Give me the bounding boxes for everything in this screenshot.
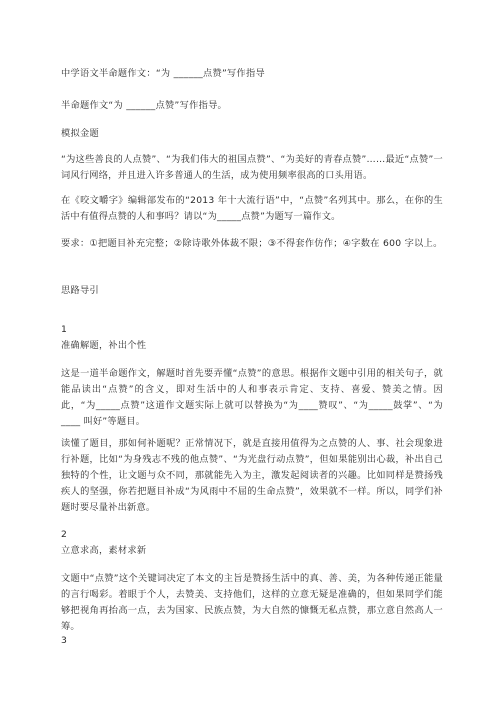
point-1-paragraph-2: 读懂了题目，那如何补题呢？正常情况下，就是直接用值得为之点赞的人、事、社会现象进… <box>61 436 443 516</box>
document-page: 中学语文半命题作文：“为 ______点赞”写作指导 半命题作文“为 _____… <box>0 0 500 707</box>
point-heading-2: 立意求高，素材求新 <box>61 543 443 559</box>
prompt-paragraph-2: 在《咬文嚼字》编辑部发布的“2013 年十大流行语”中，“点赞”名列其中。那么，… <box>61 193 443 225</box>
point-number-1: 1 <box>61 322 443 338</box>
point-1-paragraph-1: 这是一道半命题作文，解题时首先要弄懂“点赞”的意思。根据作文题中引用的相关句子，… <box>61 366 443 430</box>
prompt-paragraph-1: “为这些善良的人点赞”、“为我们伟大的祖国点赞”、“为美好的青春点赞”……最近“… <box>61 152 443 184</box>
section-heading-guide: 思路导引 <box>61 283 443 299</box>
point-number-2: 2 <box>61 527 443 543</box>
document-subtitle: 半命题作文“为 ______点赞”写作指导。 <box>61 98 443 114</box>
section-heading-mock: 模拟金题 <box>61 126 443 142</box>
point-2-paragraph-1: 文题中“点赞”这个关键词决定了本文的主旨是赞扬生活中的真、善、美，为各种传递正能… <box>61 571 443 635</box>
document-title: 中学语文半命题作文：“为 ______点赞”写作指导 <box>61 66 443 82</box>
requirements: 要求：①把题目补充完整；②除诗歌外体裁不限；③不得套作仿作；④字数在 600 字… <box>61 236 443 252</box>
point-number-3: 3 <box>61 633 443 649</box>
point-heading-1: 准确解题，补出个性 <box>61 338 443 354</box>
